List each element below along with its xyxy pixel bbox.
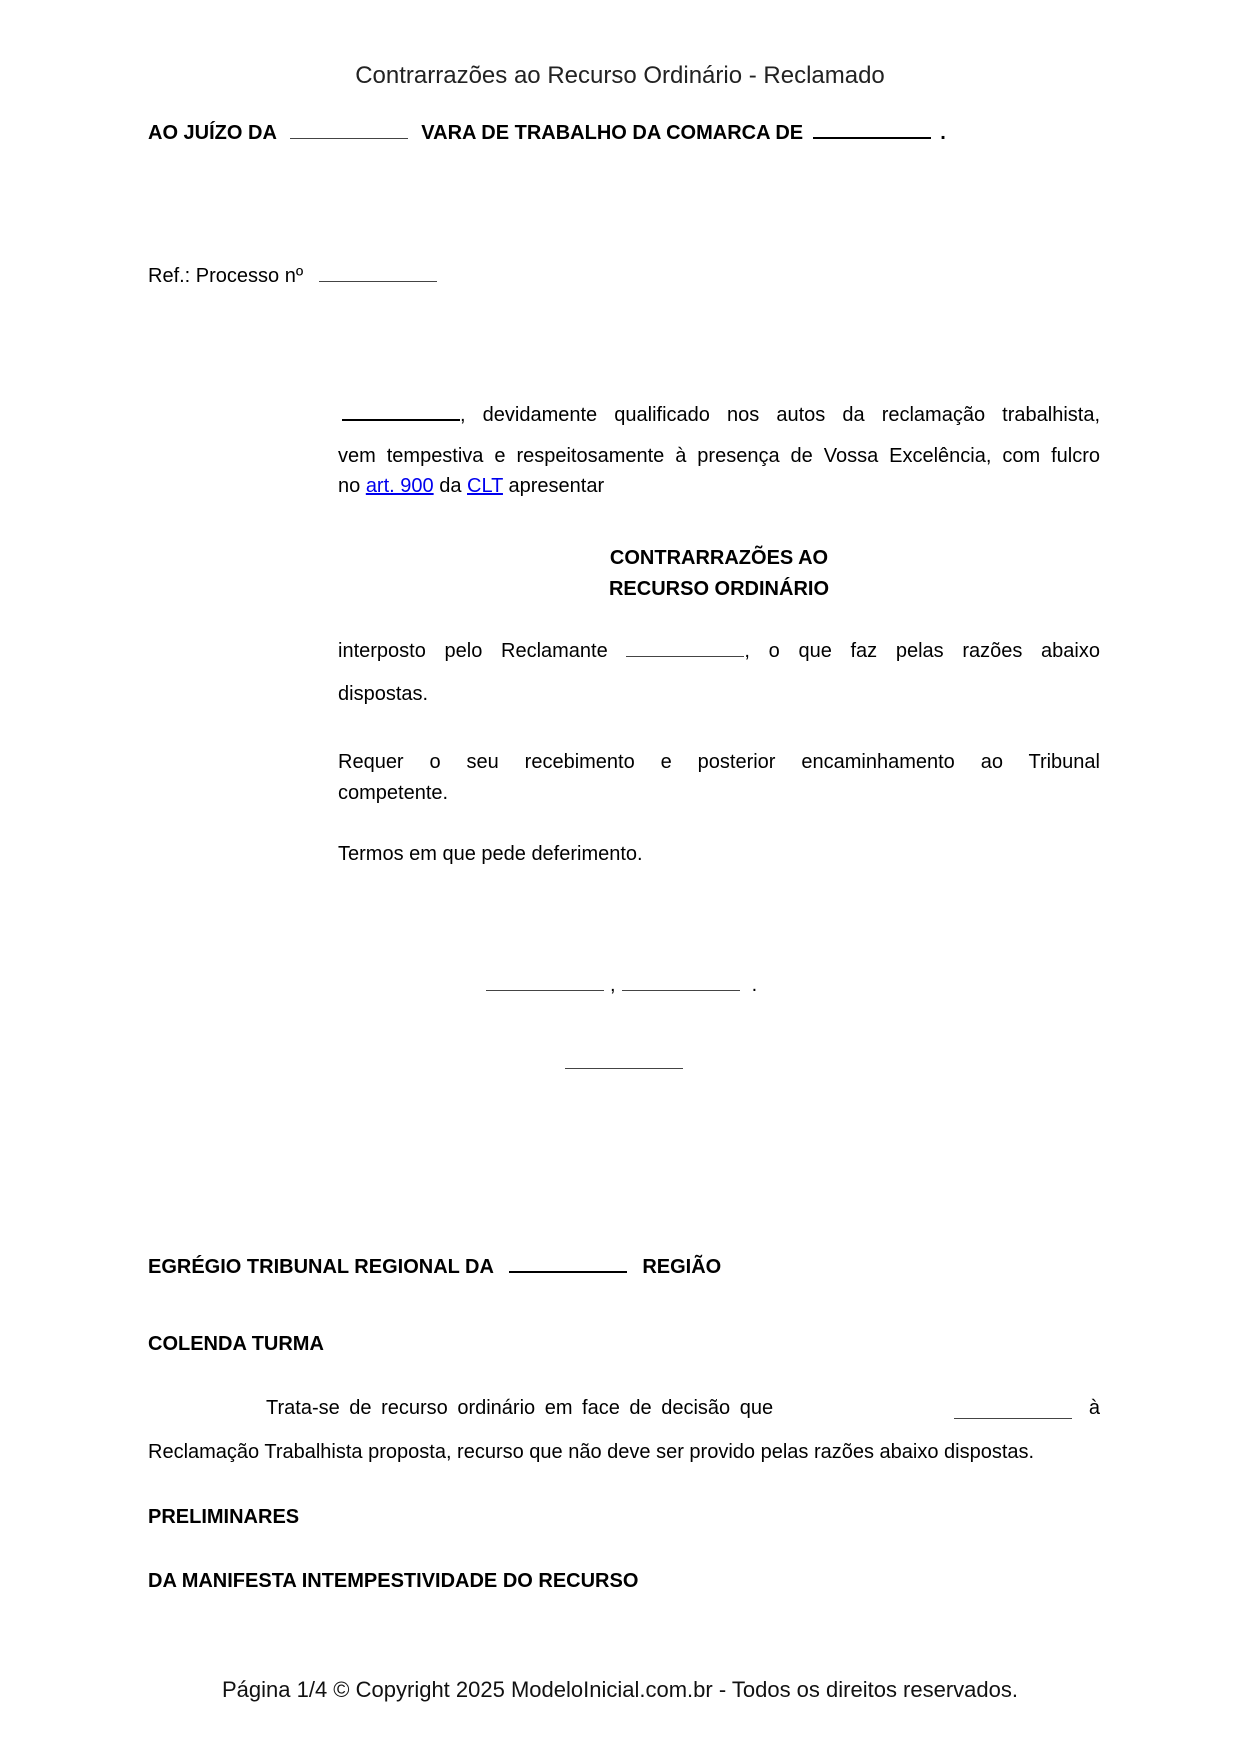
addressee-line: AO JUÍZO DA VARA DE TRABALHO DA COMARCA … [148,122,946,145]
page-footer: Página 1/4 © Copyright 2025 ModeloInicia… [0,1677,1240,1703]
addressee-suffix: . [940,122,946,144]
trata-se-line-1-text: Trata-se de recurso ordinário em face de… [266,1397,773,1420]
blank-comarca [813,136,931,139]
interposto-paragraph: interposto pelo Reclamante , o que faz p… [338,640,1100,706]
trata-se-paragraph: Trata-se de recurso ordinário em face de… [148,1397,1100,1464]
trata-se-line-1-end: à [1089,1397,1100,1420]
blank-regiao [509,1270,627,1273]
signature-period: . [752,974,758,996]
blank-process-number [319,280,437,282]
document-header-title: Contrarrazões ao Recurso Ordinário - Rec… [0,62,1240,90]
interposto-line-2: dispostas. [338,683,1100,706]
interposto-prefix: interposto pelo Reclamante [338,640,608,662]
blank-decision [954,1417,1072,1419]
tribunal-heading-prefix: EGRÉGIO TRIBUNAL REGIONAL DA [148,1256,493,1278]
tribunal-heading-suffix: REGIÃO [642,1256,721,1278]
intempestividade-heading: DA MANIFESTA INTEMPESTIVIDADE DO RECURSO [148,1570,638,1593]
termos-line: Termos em que pede deferimento. [338,843,643,866]
intro-line-3: no art. 900 da CLT apresentar [338,475,1100,498]
requer-paragraph: Requer o seu recebimento e posterior enc… [338,747,1100,809]
addressee-middle: VARA DE TRABALHO DA COMARCA DE [421,122,803,144]
intro-line-1-text: , devidamente qualificado nos autos da r… [460,404,1100,426]
link-art-900[interactable]: art. 900 [366,475,434,497]
document-title-block: CONTRARRAZÕES AO RECURSO ORDINÁRIO [338,543,1100,605]
document-title-line-2: RECURSO ORDINÁRIO [338,574,1100,605]
colenda-turma-heading: COLENDA TURMA [148,1333,324,1356]
interposto-suffix: , o que faz pelas razões abaixo [744,640,1100,662]
trata-se-line-2: Reclamação Trabalhista proposta, recurso… [148,1441,1100,1464]
signature-comma: , [610,974,616,996]
intro-line-2: vem tempestiva e respeitosamente à prese… [338,445,1100,468]
tribunal-heading: EGRÉGIO TRIBUNAL REGIONAL DA REGIÃO [148,1256,721,1279]
blank-city [486,989,604,991]
signature-place-date: ,. [486,974,757,997]
blank-date [622,989,740,991]
addressee-prefix: AO JUÍZO DA [148,122,276,144]
blank-party-name [342,418,460,421]
link-clt[interactable]: CLT [467,475,503,497]
intro-line-3-prefix: no [338,475,360,497]
preliminares-heading: PRELIMINARES [148,1506,299,1529]
signature-line [565,1068,683,1069]
reference-line: Ref.: Processo nº [148,265,437,288]
intro-paragraph: , devidamente qualificado nos autos da r… [338,404,1100,498]
requer-line-2: competente. [338,778,1100,809]
intro-line-3-suffix: apresentar [509,475,605,497]
blank-reclamante-name [626,655,744,657]
interposto-line-1: interposto pelo Reclamante , o que faz p… [338,640,1100,663]
trata-se-line-1: Trata-se de recurso ordinário em face de… [148,1397,1100,1421]
intro-line-1: , devidamente qualificado nos autos da r… [338,404,1100,427]
requer-line-1: Requer o seu recebimento e posterior enc… [338,747,1100,778]
document-title-line-1: CONTRARRAZÕES AO [338,543,1100,574]
intro-line-3-middle: da [439,475,461,497]
reference-label: Ref.: Processo nº [148,265,303,287]
blank-vara-number [290,137,408,139]
